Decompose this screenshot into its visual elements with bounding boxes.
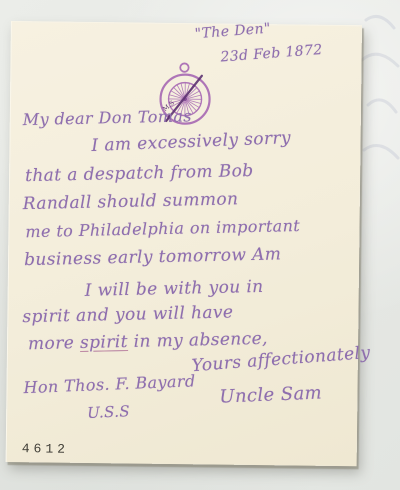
addressee-org: U.S.S xyxy=(87,402,131,422)
body-line: business early tomorrow Am xyxy=(24,244,282,270)
body-line: I will be with you in xyxy=(84,277,263,301)
body-line: spirit and you will have xyxy=(22,302,233,327)
body-line-part: more xyxy=(28,333,80,354)
letter-date: 23d Feb 1872 xyxy=(220,42,323,66)
body-line: me to Philadelphia on important xyxy=(25,216,300,241)
signature: Uncle Sam xyxy=(219,382,322,407)
body-line: Randall should summon xyxy=(23,189,239,214)
show-through-marks xyxy=(360,0,400,200)
body-line: I am excessively sorry xyxy=(91,128,291,156)
letter-paper: "The Den" 23d Feb 1872 M.S My dear Don T… xyxy=(6,21,362,466)
addressee-name: Hon Thos. F. Bayard xyxy=(23,371,196,397)
underlined-word: spirit xyxy=(80,332,128,353)
house-name: "The Den" xyxy=(194,21,271,43)
body-line-part: in my absence, xyxy=(128,329,268,352)
catalog-number: 4612 xyxy=(22,441,69,457)
salutation: My dear Don Tomas xyxy=(23,106,193,129)
body-line: that a despatch from Bob xyxy=(25,161,254,186)
body-line: more spirit in my absence, xyxy=(28,329,268,354)
